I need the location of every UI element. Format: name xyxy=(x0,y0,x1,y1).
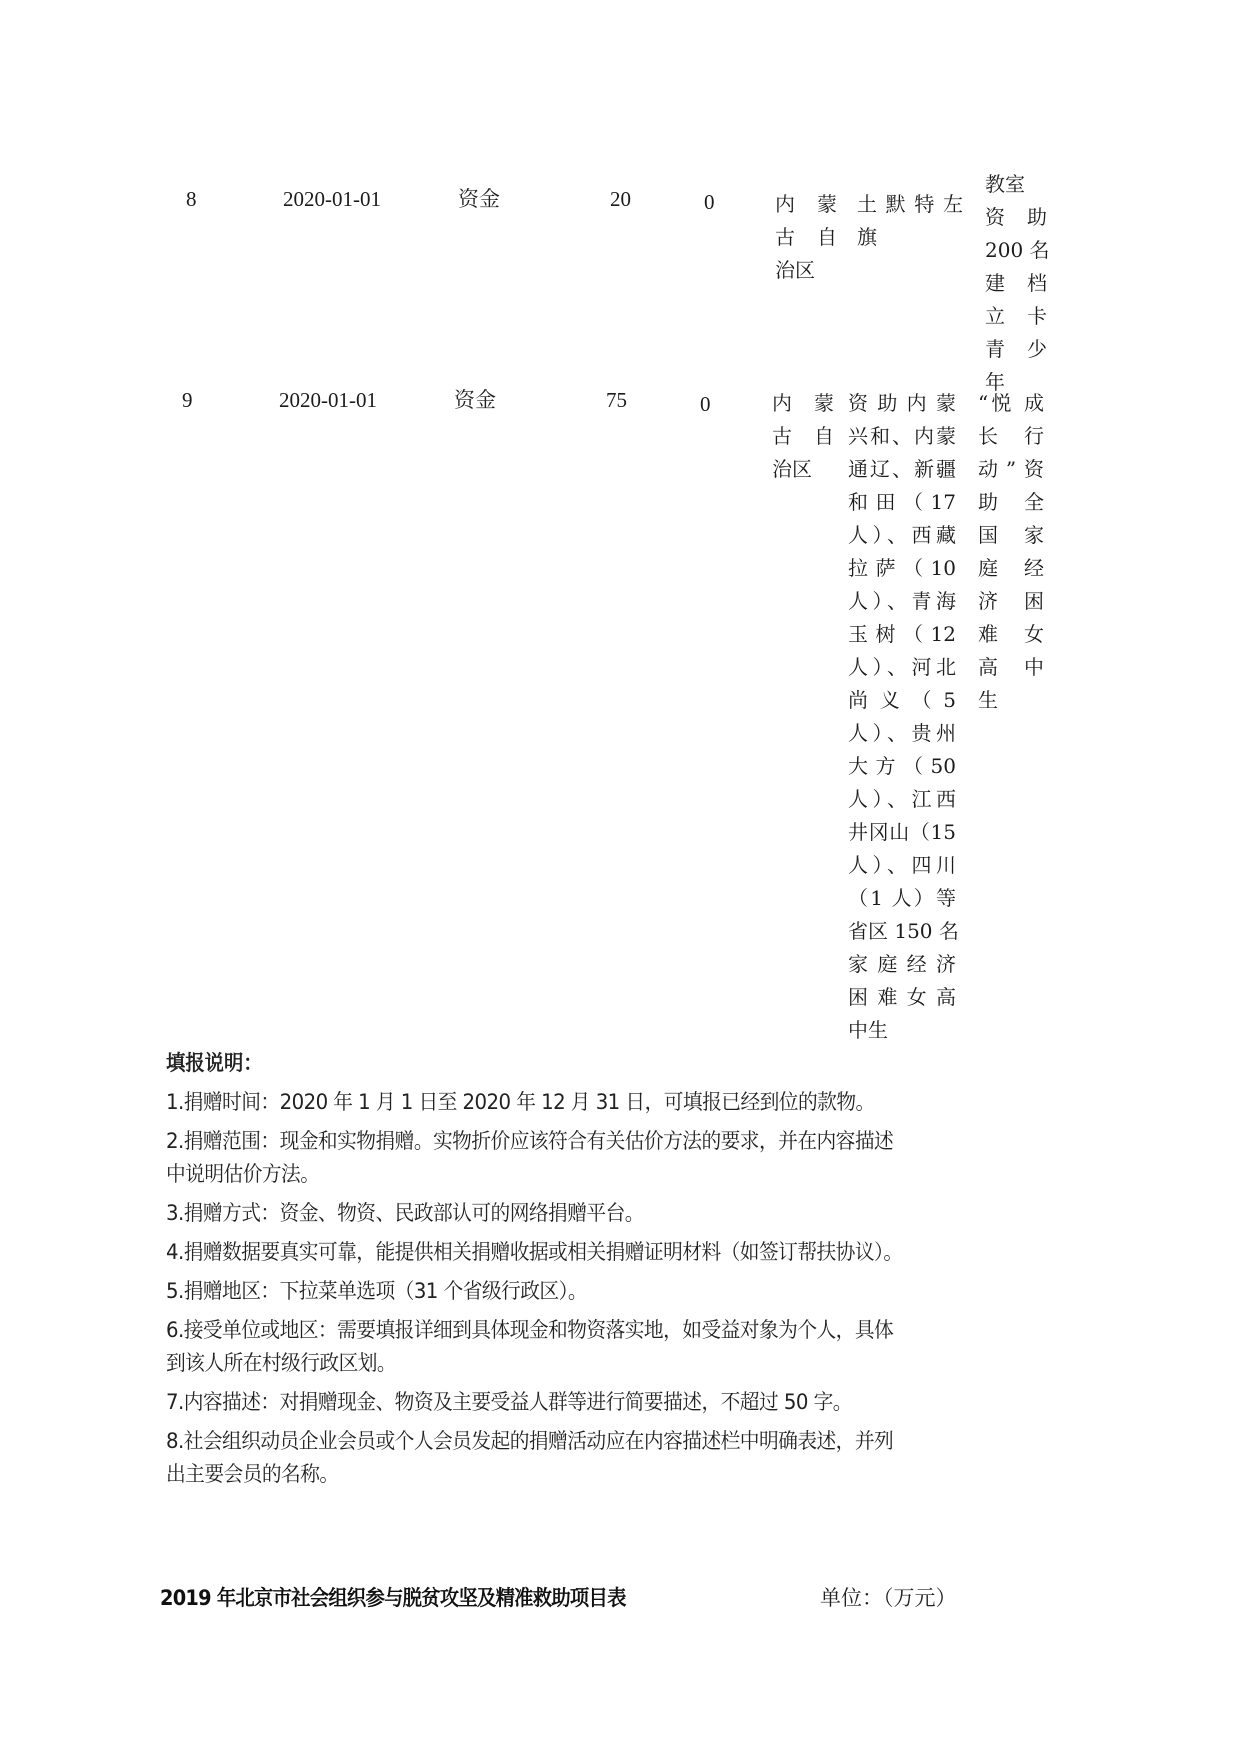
row-recipient-line: 人）、河北 xyxy=(848,651,956,684)
row-description: 教室 资 助 200 名 建 档 立 卡 青 少 年 xyxy=(985,168,1047,399)
row-description-line: 200 名 xyxy=(985,234,1047,267)
row-description-line: 资 助 xyxy=(985,201,1047,234)
row-description-line: 生 xyxy=(978,684,1044,717)
row-region-line: 古 自 xyxy=(775,221,837,254)
row-region-line: 治区 xyxy=(772,453,834,486)
instruction-item-4: 4.捐赠数据要真实可靠，能提供相关捐赠收据或相关捐赠证明材料（如签订帮扶协议）。 xyxy=(166,1236,993,1269)
row-recipient-line: 人）、青海 xyxy=(848,585,956,618)
row-material: 0 xyxy=(704,186,715,219)
row-region: 内 蒙 古 自 治区 xyxy=(772,387,834,486)
row-description-line: 动”资 xyxy=(978,453,1044,486)
document-page: 8 2020-01-01 资金 20 0 内 蒙 古 自 治区 土默特左 旗 教… xyxy=(0,0,1240,1753)
row-recipient-line: 人）、四川 xyxy=(848,849,956,882)
row-description-line: 建 档 xyxy=(985,267,1047,300)
instruction-item-3: 3.捐赠方式：资金、物资、民政部认可的网络捐赠平台。 xyxy=(166,1197,993,1230)
row-date: 2020-01-01 xyxy=(279,384,377,417)
row-recipient-line: 和田（17 xyxy=(848,486,956,519)
next-table-title: 2019 年北京市社会组织参与脱贫攻坚及精准救助项目表 xyxy=(160,1582,626,1612)
row-recipient-line: 旗 xyxy=(857,221,963,254)
row-type: 资金 xyxy=(454,384,496,417)
row-region: 内 蒙 古 自 治区 xyxy=(775,188,837,287)
row-recipient-line: 通辽、新疆 xyxy=(848,453,956,486)
row-index: 8 xyxy=(186,183,197,216)
row-description-line: 长 行 xyxy=(978,420,1044,453)
row-description-line: 立 卡 xyxy=(985,300,1047,333)
instruction-item-8: 8.社会组织动员企业会员或个人会员发起的捐赠活动应在内容描述栏中明确表述，并列 xyxy=(166,1425,993,1458)
instruction-item-5: 5.捐赠地区：下拉菜单选项（31 个省级行政区）。 xyxy=(166,1275,993,1308)
row-description-line: 助 全 xyxy=(978,486,1044,519)
instructions-heading: 填报说明： xyxy=(166,1048,976,1078)
filling-instructions: 填报说明： 1.捐赠时间：2020 年 1 月 1 日至 2020 年 12 月… xyxy=(166,1048,1046,1497)
row-recipient-line: （1 人）等 xyxy=(848,882,956,915)
row-recipient-line: 家庭经济 xyxy=(848,948,956,981)
instruction-item-7: 7.内容描述：对捐赠现金、物资及主要受益人群等进行简要描述，不超过 50 字。 xyxy=(166,1386,993,1419)
row-recipient-line: 资助内蒙 xyxy=(848,387,956,420)
row-description-line: 青 少 xyxy=(985,333,1047,366)
row-recipient: 土默特左 旗 xyxy=(857,188,963,254)
row-description-line: “悦 成 xyxy=(978,387,1044,420)
row-recipient-line: 玉树（12 xyxy=(848,618,956,651)
row-index: 9 xyxy=(182,384,193,417)
row-region-line: 古 自 xyxy=(772,420,834,453)
row-recipient-line: 困难女高 xyxy=(848,981,956,1014)
row-description-line: 教室 xyxy=(985,168,1047,201)
row-material: 0 xyxy=(700,388,711,421)
row-recipient-line: 土默特左 xyxy=(857,188,963,221)
row-description-line: 高 中 xyxy=(978,651,1044,684)
row-amount: 20 xyxy=(610,183,631,216)
row-region-line: 内 蒙 xyxy=(775,188,837,221)
row-region-line: 内 蒙 xyxy=(772,387,834,420)
row-recipient-line: 尚义（5 xyxy=(848,684,956,717)
row-description: “悦 成 长 行 动”资 助 全 国 家 庭 经 济 困 难 女 高 中 生 xyxy=(978,387,1044,717)
instruction-item-2: 2.捐赠范围：现金和实物捐赠。实物折价应该符合有关估价方法的要求，并在内容描述 xyxy=(166,1125,993,1158)
row-amount: 75 xyxy=(606,384,627,417)
row-recipient-line: 大方（50 xyxy=(848,750,956,783)
row-description-line: 国 家 xyxy=(978,519,1044,552)
row-recipient-line: 拉萨（10 xyxy=(848,552,956,585)
row-description-line: 难 女 xyxy=(978,618,1044,651)
instruction-item-2-cont: 中说明估价方法。 xyxy=(166,1158,993,1191)
row-date: 2020-01-01 xyxy=(283,183,381,216)
row-type: 资金 xyxy=(458,183,500,216)
row-recipient: 资助内蒙 兴和、内蒙 通辽、新疆 和田（17 人）、西藏 拉萨（10 人）、青海… xyxy=(848,387,956,1047)
row-recipient-line: 兴和、内蒙 xyxy=(848,420,956,453)
instruction-item-1: 1.捐赠时间：2020 年 1 月 1 日至 2020 年 12 月 31 日，… xyxy=(166,1086,993,1119)
unit-label: 单位：（万元） xyxy=(820,1582,957,1612)
row-description-line: 庭 经 xyxy=(978,552,1044,585)
row-recipient-line: 省区 150 名 xyxy=(848,915,956,948)
row-recipient-line: 人）、西藏 xyxy=(848,519,956,552)
instruction-item-6: 6.接受单位或地区：需要填报详细到具体现金和物资落实地，如受益对象为个人，具体 xyxy=(166,1314,993,1347)
instruction-item-8-cont: 出主要会员的名称。 xyxy=(166,1458,993,1491)
row-recipient-line: 人）、贵州 xyxy=(848,717,956,750)
row-description-line: 济 困 xyxy=(978,585,1044,618)
row-recipient-line: 中生 xyxy=(848,1014,956,1047)
instruction-item-6-cont: 到该人所在村级行政区划。 xyxy=(166,1347,993,1380)
row-recipient-line: 人）、江西 xyxy=(848,783,956,816)
row-recipient-line: 井冈山（15 xyxy=(848,816,956,849)
row-region-line: 治区 xyxy=(775,254,837,287)
